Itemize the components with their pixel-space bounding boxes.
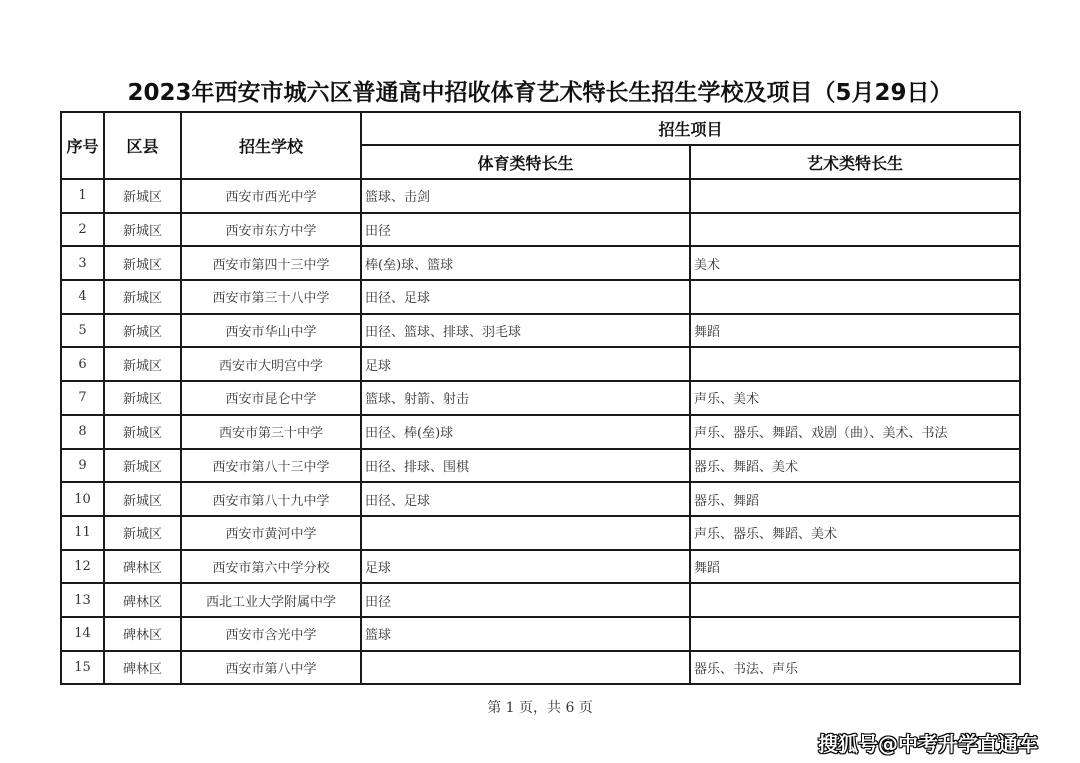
cell-seq: 5 — [61, 314, 104, 348]
page-indicator: 第 1 页，共 6 页 — [0, 697, 1080, 717]
cell-seq: 4 — [61, 280, 104, 314]
table-body: 1新城区西安市西光中学篮球、击剑2新城区西安市东方中学田径3新城区西安市第四十三… — [61, 179, 1020, 684]
header-district: 区县 — [104, 112, 181, 179]
cell-arts — [690, 617, 1020, 651]
cell-seq: 3 — [61, 246, 104, 280]
cell-arts: 器乐、书法、声乐 — [690, 651, 1020, 685]
cell-district: 新城区 — [104, 381, 181, 415]
cell-school: 西安市第八十三中学 — [181, 449, 361, 483]
cell-arts: 舞蹈 — [690, 550, 1020, 584]
cell-arts: 器乐、舞蹈 — [690, 482, 1020, 516]
header-projects: 招生项目 — [361, 112, 1020, 145]
cell-district: 新城区 — [104, 415, 181, 449]
cell-school: 西安市第八中学 — [181, 651, 361, 685]
cell-school: 西安市第四十三中学 — [181, 246, 361, 280]
cell-school: 西安市大明宫中学 — [181, 347, 361, 381]
cell-school: 西安市昆仑中学 — [181, 381, 361, 415]
cell-school: 西安市第六中学分校 — [181, 550, 361, 584]
table-row: 6新城区西安市大明宫中学足球 — [61, 347, 1020, 381]
cell-seq: 12 — [61, 550, 104, 584]
table-row: 4新城区西安市第三十八中学田径、足球 — [61, 280, 1020, 314]
cell-district: 新城区 — [104, 347, 181, 381]
cell-district: 新城区 — [104, 314, 181, 348]
document-title: 2023年西安市城六区普通高中招收体育艺术特长生招生学校及项目（5月29日） — [0, 74, 1080, 107]
cell-district: 碑林区 — [104, 583, 181, 617]
table-row: 2新城区西安市东方中学田径 — [61, 213, 1020, 247]
cell-district: 新城区 — [104, 482, 181, 516]
cell-sports: 棒(垒)球、篮球 — [361, 246, 690, 280]
cell-sports: 篮球 — [361, 617, 690, 651]
cell-seq: 10 — [61, 482, 104, 516]
cell-sports: 篮球、射箭、射击 — [361, 381, 690, 415]
cell-school: 西安市西光中学 — [181, 179, 361, 213]
table-row: 11新城区西安市黄河中学声乐、器乐、舞蹈、美术 — [61, 516, 1020, 550]
cell-school: 西安市第三十中学 — [181, 415, 361, 449]
cell-school: 西安市第八十九中学 — [181, 482, 361, 516]
header-sports: 体育类特长生 — [361, 145, 690, 179]
table-row: 10新城区西安市第八十九中学田径、足球器乐、舞蹈 — [61, 482, 1020, 516]
cell-arts — [690, 347, 1020, 381]
cell-school: 西安市东方中学 — [181, 213, 361, 247]
table-row: 15碑林区西安市第八中学器乐、书法、声乐 — [61, 651, 1020, 685]
cell-district: 碑林区 — [104, 617, 181, 651]
header-seq: 序号 — [61, 112, 104, 179]
admissions-table: 序号 区县 招生学校 招生项目 体育类特长生 艺术类特长生 1新城区西安市西光中… — [60, 111, 1021, 685]
cell-seq: 13 — [61, 583, 104, 617]
cell-arts: 声乐、器乐、舞蹈、戏剧（曲）、美术、书法 — [690, 415, 1020, 449]
cell-seq: 7 — [61, 381, 104, 415]
table-row: 13碑林区西北工业大学附属中学田径 — [61, 583, 1020, 617]
cell-sports: 田径、篮球、排球、羽毛球 — [361, 314, 690, 348]
table-row: 12碑林区西安市第六中学分校足球舞蹈 — [61, 550, 1020, 584]
cell-school: 西安市华山中学 — [181, 314, 361, 348]
cell-district: 碑林区 — [104, 651, 181, 685]
cell-arts: 器乐、舞蹈、美术 — [690, 449, 1020, 483]
cell-school: 西安市第三十八中学 — [181, 280, 361, 314]
cell-district: 碑林区 — [104, 550, 181, 584]
cell-sports — [361, 651, 690, 685]
cell-arts — [690, 179, 1020, 213]
cell-sports: 田径、足球 — [361, 482, 690, 516]
cell-sports: 田径、足球 — [361, 280, 690, 314]
cell-seq: 15 — [61, 651, 104, 685]
cell-arts: 声乐、器乐、舞蹈、美术 — [690, 516, 1020, 550]
table-row: 5新城区西安市华山中学田径、篮球、排球、羽毛球舞蹈 — [61, 314, 1020, 348]
cell-district: 新城区 — [104, 246, 181, 280]
cell-arts: 美术 — [690, 246, 1020, 280]
cell-arts — [690, 583, 1020, 617]
cell-seq: 14 — [61, 617, 104, 651]
cell-seq: 8 — [61, 415, 104, 449]
watermark: 搜狐号@中考升学直通车 — [818, 728, 1038, 757]
table-row: 1新城区西安市西光中学篮球、击剑 — [61, 179, 1020, 213]
cell-school: 西安市含光中学 — [181, 617, 361, 651]
table-row: 8新城区西安市第三十中学田径、棒(垒)球声乐、器乐、舞蹈、戏剧（曲）、美术、书法 — [61, 415, 1020, 449]
cell-district: 新城区 — [104, 179, 181, 213]
cell-seq: 6 — [61, 347, 104, 381]
cell-district: 新城区 — [104, 516, 181, 550]
cell-seq: 9 — [61, 449, 104, 483]
cell-district: 新城区 — [104, 280, 181, 314]
table-row: 3新城区西安市第四十三中学棒(垒)球、篮球美术 — [61, 246, 1020, 280]
cell-sports: 田径 — [361, 213, 690, 247]
cell-seq: 2 — [61, 213, 104, 247]
cell-school: 西北工业大学附属中学 — [181, 583, 361, 617]
cell-sports: 篮球、击剑 — [361, 179, 690, 213]
cell-seq: 1 — [61, 179, 104, 213]
cell-sports: 足球 — [361, 347, 690, 381]
cell-arts — [690, 213, 1020, 247]
header-school: 招生学校 — [181, 112, 361, 179]
cell-arts: 舞蹈 — [690, 314, 1020, 348]
cell-arts: 声乐、美术 — [690, 381, 1020, 415]
cell-school: 西安市黄河中学 — [181, 516, 361, 550]
cell-arts — [690, 280, 1020, 314]
table-row: 14碑林区西安市含光中学篮球 — [61, 617, 1020, 651]
cell-sports: 田径、棒(垒)球 — [361, 415, 690, 449]
cell-district: 新城区 — [104, 449, 181, 483]
table-row: 9新城区西安市第八十三中学田径、排球、围棋器乐、舞蹈、美术 — [61, 449, 1020, 483]
cell-district: 新城区 — [104, 213, 181, 247]
cell-sports — [361, 516, 690, 550]
table-row: 7新城区西安市昆仑中学篮球、射箭、射击声乐、美术 — [61, 381, 1020, 415]
cell-sports: 田径、排球、围棋 — [361, 449, 690, 483]
header-arts: 艺术类特长生 — [690, 145, 1020, 179]
cell-sports: 田径 — [361, 583, 690, 617]
cell-seq: 11 — [61, 516, 104, 550]
cell-sports: 足球 — [361, 550, 690, 584]
